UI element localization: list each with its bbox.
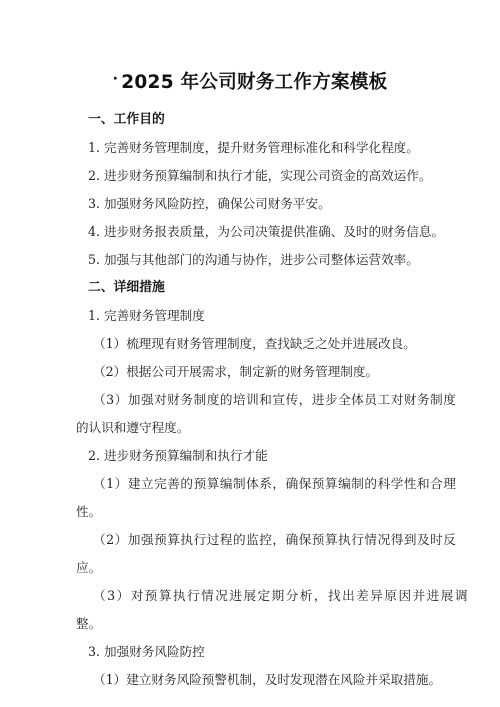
measure-2-1-continued: 性。 <box>76 498 423 526</box>
measure-2-3: （3）对预算执行情况进展定期分析，找出差异原因并进展调 <box>76 582 423 610</box>
measure-1-3-continued: 的认识和遵守程度。 <box>76 414 423 442</box>
section-heading-goals: 一、工作目的 <box>76 106 423 134</box>
subsection-title-3: 3. 加强财务风险防控 <box>76 638 423 666</box>
subsection-title-2: 2. 进步财务预算编制和执行才能 <box>76 442 423 470</box>
title-bullet: · <box>113 71 119 87</box>
goal-item-1: 1. 完善财务管理制度，提升财务管理标准化和科学化程度。 <box>76 134 423 162</box>
measure-2-1: （1）建立完善的预算编制体系，确保预算编制的科学性和合理 <box>76 470 423 498</box>
measure-2-3-continued: 整。 <box>76 610 423 638</box>
goal-item-3: 3. 加强财务风险防控，确保公司财务平安。 <box>76 190 423 218</box>
measure-2-2-continued: 应。 <box>76 554 423 582</box>
measure-1-1: （1）梳理现有财务管理制度，查找缺乏之处并进展改良。 <box>76 330 423 358</box>
goal-item-2: 2. 进步财务预算编制和执行才能，实现公司资金的高效运作。 <box>76 162 423 190</box>
subsection-title-1: 1. 完善财务管理制度 <box>76 302 423 330</box>
document-title: ·2025 年公司财务工作方案模板 <box>0 68 500 94</box>
document-body: 一、工作目的 1. 完善财务管理制度，提升财务管理标准化和科学化程度。 2. 进… <box>76 106 423 694</box>
goal-item-5: 5. 加强与其他部门的沟通与协作，进步公司整体运营效率。 <box>76 246 423 274</box>
measure-1-2: （2）根据公司开展需求，制定新的财务管理制度。 <box>76 358 423 386</box>
measure-2-2: （2）加强预算执行过程的监控，确保预算执行情况得到及时反 <box>76 526 423 554</box>
title-text: 2025 年公司财务工作方案模板 <box>121 72 387 93</box>
goal-item-4: 4. 进步财务报表质量，为公司决策提供准确、及时的财务信息。 <box>76 218 423 246</box>
section-heading-measures: 二、详细措施 <box>76 274 423 302</box>
measure-3-1: （1）建立财务风险预警机制，及时发现潜在风险并采取措施。 <box>76 666 423 694</box>
measure-1-3: （3）加强对财务制度的培训和宣传，进步全体员工对财务制度 <box>76 386 423 414</box>
